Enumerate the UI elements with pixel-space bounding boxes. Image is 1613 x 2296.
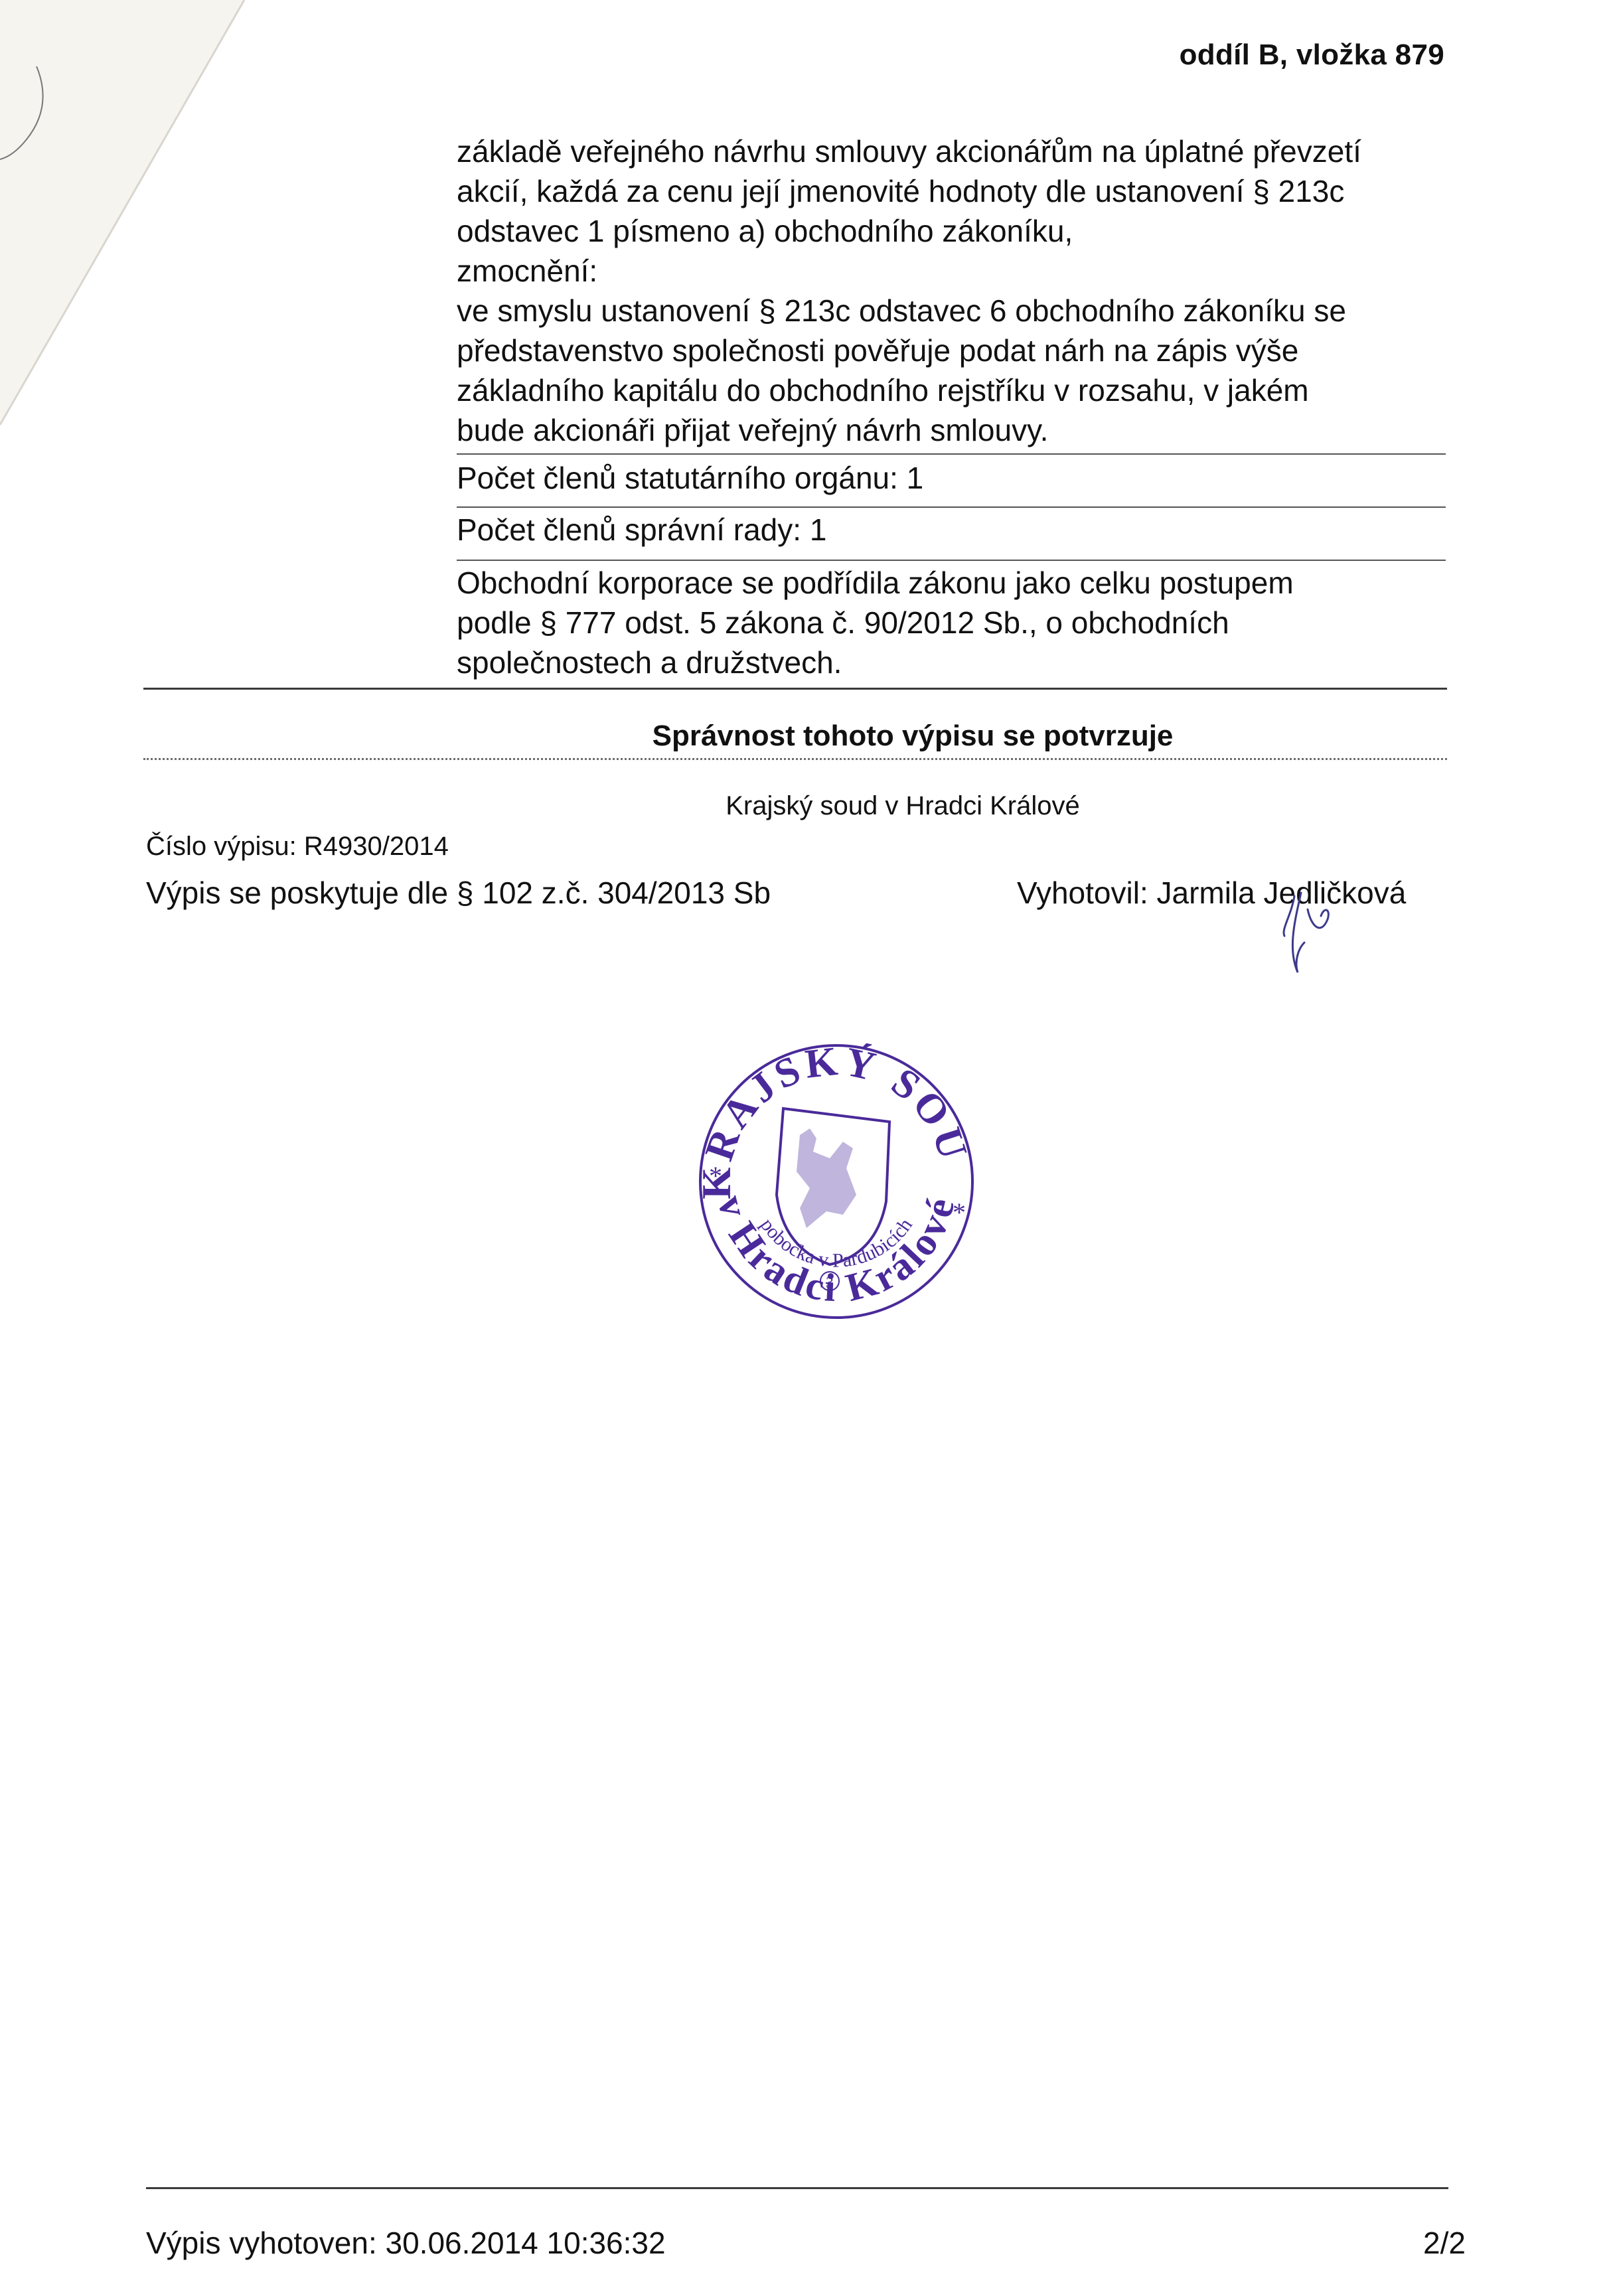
divider [457, 560, 1446, 561]
section-reference: oddíl B, vložka 879 [1180, 38, 1444, 72]
court-name: Krajský soud v Hradci Králové [0, 791, 1613, 821]
board-members-count: Počet členů správní rady: 1 [457, 510, 826, 550]
divider [457, 453, 1446, 455]
corporation-note: Obchodní korporace se podřídila zákonu j… [457, 563, 1446, 682]
paragraph-line: zmocnění: [457, 251, 1446, 291]
svg-text:*: * [953, 1197, 966, 1227]
paragraph-line: podle § 777 odst. 5 zákona č. 90/2012 Sb… [457, 603, 1446, 643]
section-divider [143, 688, 1447, 690]
paper-corner-fold [0, 0, 279, 465]
footer-divider [146, 2187, 1448, 2189]
paragraph-line: odstavec 1 písmeno a) obchodního zákoník… [457, 211, 1446, 251]
paragraph-line: základě veřejného návrhu smlouvy akcioná… [457, 131, 1446, 171]
paragraph-line: Obchodní korporace se podřídila zákonu j… [457, 563, 1446, 603]
extract-number: Číslo výpisu: R4930/2014 [146, 832, 449, 862]
court-stamp: KRAJSKÝ SOUD v Hradci Králové pobočka v … [690, 1035, 982, 1328]
svg-text:3: 3 [826, 1274, 834, 1292]
statutory-members-count: Počet členů statutárního orgánu: 1 [457, 458, 923, 498]
generated-timestamp: Výpis vyhotoven: 30.06.2014 10:36:32 [146, 2225, 666, 2261]
paragraph-line: bude akcionáři přijat veřejný návrh smlo… [457, 410, 1446, 450]
paragraph-line: společnostech a družstvech. [457, 643, 1446, 682]
certification-underline [143, 758, 1447, 760]
paragraph-line: akcií, každá za cenu její jmenovité hodn… [457, 171, 1446, 211]
svg-text:*: * [709, 1161, 722, 1191]
paragraph-line: ve smyslu ustanovení § 213c odstavec 6 o… [457, 291, 1446, 331]
handwritten-signature [1274, 889, 1354, 982]
divider [457, 506, 1446, 508]
paragraph-line: základního kapitálu do obchodního rejstř… [457, 370, 1446, 410]
continuation-paragraph: základě veřejného návrhu smlouvy akcioná… [457, 131, 1446, 450]
legal-basis: Výpis se poskytuje dle § 102 z.č. 304/20… [146, 875, 771, 911]
certification-heading: Správnost tohoto výpisu se potvrzuje [0, 720, 1613, 753]
paragraph-line: představenstvo společnosti pověřuje poda… [457, 331, 1446, 370]
page-number: 2/2 [1423, 2225, 1466, 2261]
